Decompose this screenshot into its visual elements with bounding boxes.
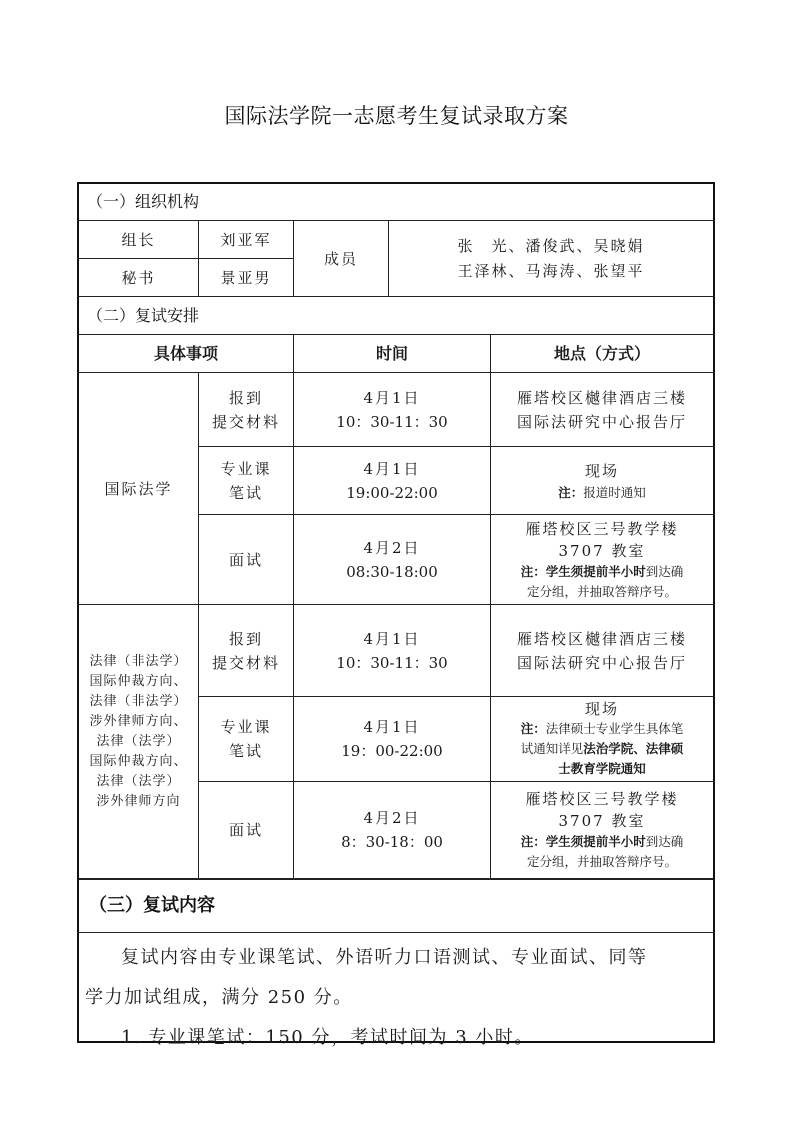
item-written-exam: 专业课 笔试: [199, 447, 293, 514]
note-label: 注：: [521, 834, 546, 849]
note-text: 定分组，并抽取答辩序号。: [527, 852, 677, 872]
column-header-location: 地点（方式）: [491, 335, 713, 372]
members-label: 成员: [294, 221, 388, 296]
time-cell: 4月1日 19：00-22:00: [294, 697, 490, 781]
major-line: 涉外律师方向: [96, 792, 180, 812]
time: 10：30-11：30: [336, 651, 447, 675]
column-header-time: 时间: [294, 335, 490, 372]
note-label: 注：: [521, 721, 546, 736]
admission-plan-table: （一）组织机构 组长 刘亚军 秘书 景亚男 成员 张 光、潘俊武、吴晓娟 王泽林…: [77, 182, 715, 1043]
note-bold: 学生须提前半小时: [546, 834, 646, 849]
item-interview: 面试: [199, 515, 293, 604]
date: 4月1日: [363, 627, 420, 651]
item-line: 专业课: [220, 715, 271, 739]
note-text: 到达确: [646, 834, 684, 849]
location-line: 雁塔校区三号教学楼: [525, 518, 678, 540]
item-line: 笔试: [229, 739, 263, 763]
major-line: 涉外律师方向、: [89, 712, 187, 732]
location-line: 雁塔校区三号教学楼: [525, 788, 678, 810]
date: 4月2日: [363, 536, 420, 560]
secretary-name: 景亚男: [199, 259, 293, 296]
location-cell: 雁塔校区三号教学楼 3707 教室 注：学生须提前半小时到达确 定分组，并抽取答…: [491, 515, 713, 604]
note-label: 注：: [558, 485, 583, 500]
item-line: 专业课: [220, 457, 271, 481]
location-line: 现场: [585, 699, 619, 719]
date: 4月1日: [363, 386, 420, 410]
location-line: 3707 教室: [559, 540, 646, 562]
note-text: 法律硕士专业学生具体笔: [546, 721, 684, 736]
location-line: 雁塔校区樾律酒店三楼: [517, 386, 687, 410]
item-line: 报到: [229, 386, 263, 410]
item-line: 报到: [229, 627, 263, 651]
date: 4月2日: [363, 806, 420, 830]
location-line: 国际法研究中心报告厅: [517, 651, 687, 675]
location-cell: 雁塔校区三号教学楼 3707 教室 注：学生须提前半小时到达确 定分组，并抽取答…: [491, 782, 713, 878]
major-law-programs: 法律（非法学） 国际仲裁方向、 法律（非法学） 涉外律师方向、 法律（法学） 国…: [79, 605, 198, 878]
members-list: 张 光、潘俊武、吴晓娟 王泽林、马海涛、张望平: [389, 221, 713, 296]
major-line: 法律（法学）: [96, 772, 180, 792]
note-label: 注：: [521, 564, 546, 579]
leader-name: 刘亚军: [199, 221, 293, 258]
location-cell: 雁塔校区樾律酒店三楼 国际法研究中心报告厅: [491, 605, 713, 696]
time-cell: 4月1日 19:00-22:00: [294, 447, 490, 514]
section3-item-1: 1. 专业课笔试：150 分，考试时间为 3 小时。: [85, 1018, 707, 1058]
time-cell: 4月2日 8：30-18：00: [294, 782, 490, 878]
major-international-law: 国际法学: [79, 373, 198, 604]
time-cell: 4月1日 10：30-11：30: [294, 605, 490, 696]
major-line: 国际仲裁方向、: [89, 672, 187, 692]
note-text: 定分组，并抽取答辩序号。: [527, 582, 677, 602]
section3-heading: （三）复试内容: [79, 880, 713, 932]
major-line: 国际仲裁方向、: [89, 752, 187, 772]
item-line: 提交材料: [212, 410, 280, 434]
location-line: 3707 教室: [559, 810, 646, 832]
document-title: 国际法学院一志愿考生复试录取方案: [0, 100, 793, 130]
members-line: 张 光、潘俊武、吴晓娟: [457, 234, 644, 259]
members-line: 王泽林、马海涛、张望平: [457, 259, 644, 284]
note-text: 到达确: [646, 564, 684, 579]
paragraph-line: 复试内容由专业课笔试、外语听力口语测试、专业面试、同等: [121, 947, 648, 968]
time: 08:30-18:00: [346, 560, 438, 584]
section3-paragraph: 复试内容由专业课笔试、外语听力口语测试、专业面试、同等: [85, 938, 707, 978]
item-line: 笔试: [229, 481, 263, 505]
note-bold: 法治学院、法律硕: [583, 741, 683, 756]
major-line: 法律（法学）: [96, 732, 180, 752]
item-check-in: 报到 提交材料: [199, 373, 293, 446]
location-line: 现场: [585, 459, 619, 483]
item-interview: 面试: [199, 782, 293, 878]
item-line: 提交材料: [212, 651, 280, 675]
item-check-in: 报到 提交材料: [199, 605, 293, 696]
major-line: 法律（非法学）: [89, 652, 187, 672]
column-header-item: 具体事项: [79, 335, 293, 372]
note-text: 报道时通知: [583, 485, 646, 500]
secretary-label: 秘书: [79, 259, 198, 296]
location-cell: 现场 注：报道时通知: [491, 447, 713, 514]
section1-heading: （一）组织机构: [79, 184, 713, 220]
time: 10：30-11：30: [336, 410, 447, 434]
major-line: 法律（非法学）: [89, 692, 187, 712]
location-cell: 雁塔校区樾律酒店三楼 国际法研究中心报告厅: [491, 373, 713, 446]
section3-paragraph-cont: 学力加试组成，满分 250 分。: [85, 978, 707, 1018]
note-bold: 学生须提前半小时: [546, 564, 646, 579]
time: 19:00-22:00: [346, 481, 438, 505]
time: 19：00-22:00: [341, 739, 442, 763]
location-cell: 现场 注：法律硕士专业学生具体笔 试通知详见法治学院、法律硕 士教育学院通知: [491, 697, 713, 781]
note-bold: 士教育学院通知: [558, 759, 646, 779]
location-line: 雁塔校区樾律酒店三楼: [517, 627, 687, 651]
date: 4月1日: [363, 457, 420, 481]
time-cell: 4月1日 10：30-11：30: [294, 373, 490, 446]
section2-heading: （二）复试安排: [79, 297, 713, 334]
time-cell: 4月2日 08:30-18:00: [294, 515, 490, 604]
item-written-exam: 专业课 笔试: [199, 697, 293, 781]
location-line: 国际法研究中心报告厅: [517, 410, 687, 434]
time: 8：30-18：00: [341, 830, 443, 854]
date: 4月1日: [363, 715, 420, 739]
leader-label: 组长: [79, 221, 198, 258]
note-text: 试通知详见: [521, 741, 584, 756]
